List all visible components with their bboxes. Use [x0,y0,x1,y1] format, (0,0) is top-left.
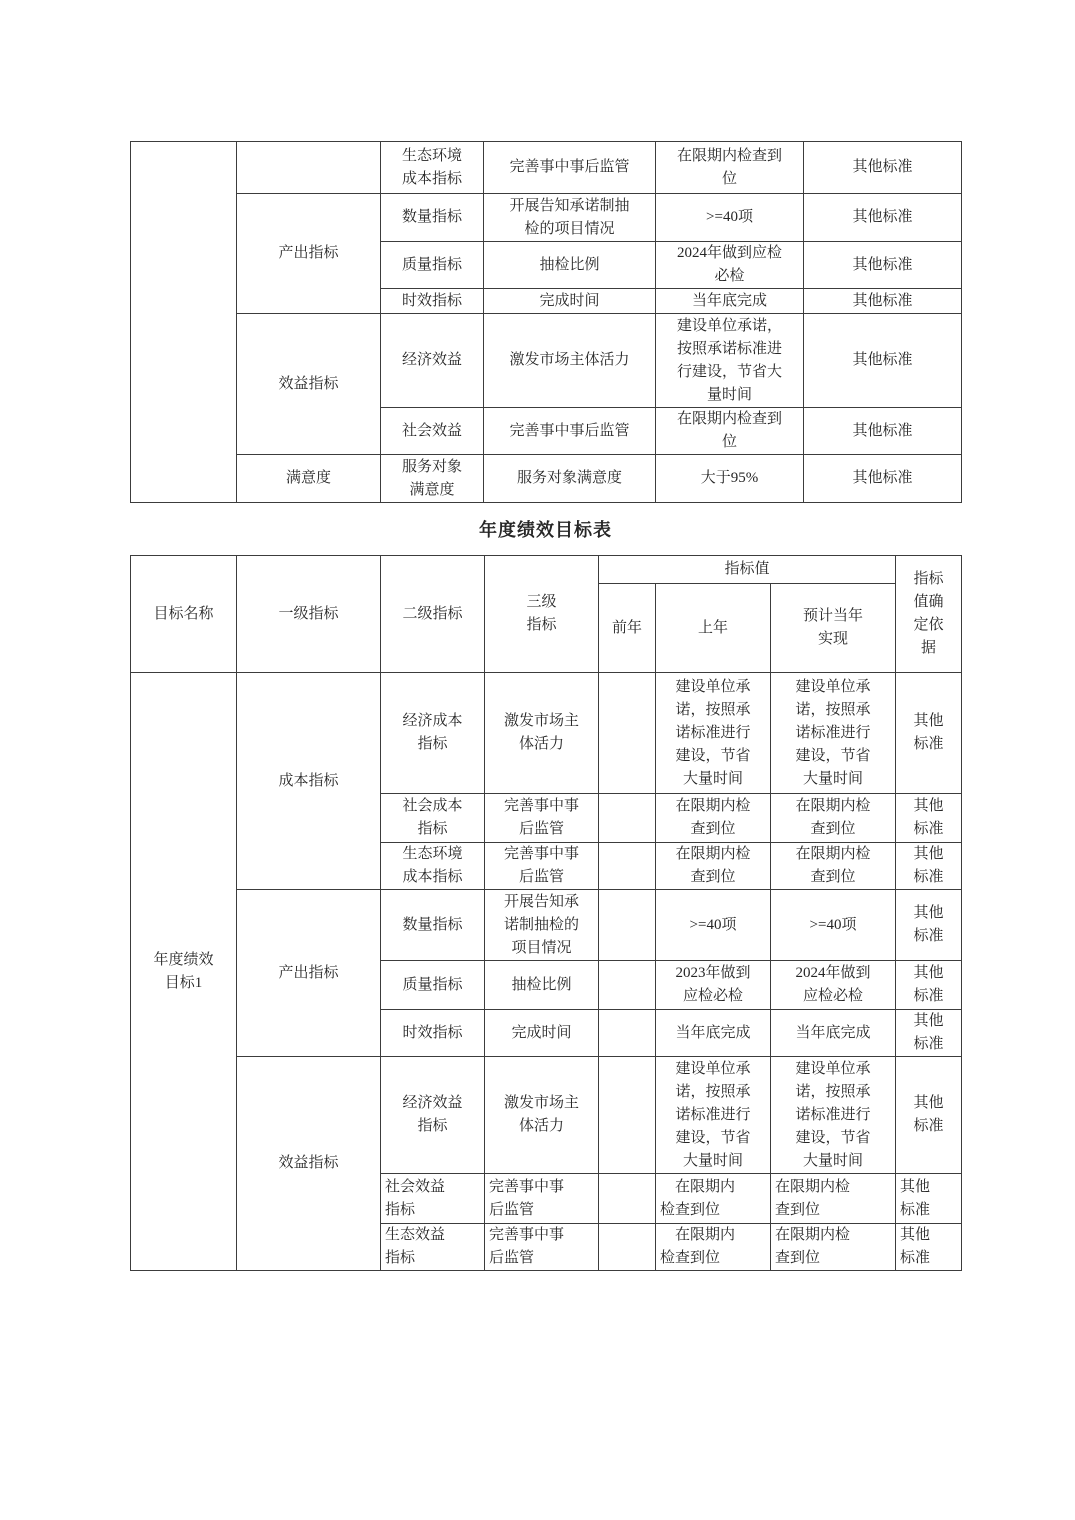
table-row: 目标名称一级指标二级指标三级 指标指标值指标 值确 定依 据 [131,556,962,584]
level2-indicator-cell: 服务对象 满意度 [381,455,484,503]
level2-indicator-cell: 经济成本 指标 [381,673,485,794]
document-content: 生态环境 成本指标完善事中事后监管在限期内检查到 位其他标准产出指标数量指标开展… [130,141,961,1271]
value-basis-cell: 其他 标准 [896,961,962,1010]
value-basis-cell: 其他 标准 [896,1174,962,1224]
value-basis-cell: 其他标准 [804,142,962,194]
last-year-value-cell: 在限期内 检查到位 [656,1174,771,1224]
annual-performance-table-title: 年度绩效目标表 [130,503,961,555]
level3-indicator-cell: 完善事中事 后监管 [485,794,599,843]
table-row: 产出指标数量指标开展告知承诺制抽 检的项目情况>=40项其他标准 [131,194,962,242]
prev-prev-year-value-cell [599,1057,656,1174]
last-year-value-cell: 建设单位承 诺，按照承 诺标准进行 建设，节省 大量时间 [656,1057,771,1174]
prev-prev-year-value-cell [599,1224,656,1271]
table-row: 效益指标经济效益激发市场主体活力建设单位承诺， 按照承诺标准进 行建设，节省大 … [131,314,962,408]
value-basis-cell: 其他 标准 [896,794,962,843]
level2-indicator-cell: 经济效益 指标 [381,1057,485,1174]
prev-prev-year-value-cell [599,1010,656,1057]
value-basis-cell: 其他标准 [804,455,962,503]
level2-indicator-cell: 生态效益 指标 [381,1224,485,1271]
carryover-indicator-table: 生态环境 成本指标完善事中事后监管在限期内检查到 位其他标准产出指标数量指标开展… [130,141,962,503]
annual-performance-table: 目标名称一级指标二级指标三级 指标指标值指标 值确 定依 据前年上年预计当年 实… [130,555,962,1271]
level2-indicator-cell: 经济效益 [381,314,484,408]
level3-indicator-cell: 完善事中事 后监管 [485,1174,599,1224]
header-prev-prev-year: 前年 [599,584,656,673]
value-basis-cell: 其他标准 [804,289,962,314]
level1-indicator-cell: 效益指标 [237,1057,381,1271]
level3-indicator-cell: 抽检比例 [485,961,599,1010]
header-expected-current-year: 预计当年 实现 [771,584,896,673]
level3-indicator-cell: 激发市场主 体活力 [485,673,599,794]
expected-year-value-cell: 建设单位承 诺，按照承 诺标准进行 建设，节省 大量时间 [771,1057,896,1174]
level2-indicator-cell: 时效指标 [381,289,484,314]
level1-indicator-cell: 产出指标 [237,194,381,314]
level2-indicator-cell: 生态环境 成本指标 [381,843,485,890]
header-indicator-value: 指标值 [599,556,896,584]
header-last-year: 上年 [656,584,771,673]
level2-indicator-cell: 数量指标 [381,194,484,242]
level3-indicator-cell: 完善事中事后监管 [484,142,656,194]
level1-indicator-cell: 成本指标 [237,673,381,890]
level2-indicator-cell: 时效指标 [381,1010,485,1057]
level3-indicator-cell: 完善事中事 后监管 [485,843,599,890]
indicator-value-cell: 大于95% [656,455,804,503]
indicator-value-cell: 在限期内检查到 位 [656,408,804,455]
level3-indicator-cell: 开展告知承 诺制抽检的 项目情况 [485,890,599,961]
goal-name-cell: 年度绩效 目标1 [131,673,237,1271]
value-basis-cell: 其他标准 [804,194,962,242]
level2-indicator-cell: 社会成本 指标 [381,794,485,843]
expected-year-value-cell: 在限期内检 查到位 [771,1224,896,1271]
value-basis-cell: 其他标准 [804,408,962,455]
last-year-value-cell: 2023年做到 应检必检 [656,961,771,1010]
level1-indicator-cell: 满意度 [237,455,381,503]
goal-name-cell [131,142,237,503]
expected-year-value-cell: >=40项 [771,890,896,961]
last-year-value-cell: 在限期内检 查到位 [656,843,771,890]
last-year-value-cell: 当年底完成 [656,1010,771,1057]
level2-indicator-cell: 社会效益 指标 [381,1174,485,1224]
prev-prev-year-value-cell [599,1174,656,1224]
value-basis-cell: 其他标准 [804,242,962,289]
expected-year-value-cell: 当年底完成 [771,1010,896,1057]
value-basis-cell: 其他 标准 [896,1010,962,1057]
document-page: 生态环境 成本指标完善事中事后监管在限期内检查到 位其他标准产出指标数量指标开展… [0,0,1075,1520]
prev-prev-year-value-cell [599,794,656,843]
indicator-value-cell: >=40项 [656,194,804,242]
indicator-value-cell: 在限期内检查到 位 [656,142,804,194]
expected-year-value-cell: 在限期内检 查到位 [771,794,896,843]
table-row: 生态环境 成本指标完善事中事后监管在限期内检查到 位其他标准 [131,142,962,194]
level3-indicator-cell: 完成时间 [484,289,656,314]
header-level3-indicator: 三级 指标 [485,556,599,673]
table-row: 年度绩效 目标1成本指标经济成本 指标激发市场主 体活力建设单位承 诺，按照承 … [131,673,962,794]
indicator-value-cell: 建设单位承诺， 按照承诺标准进 行建设，节省大 量时间 [656,314,804,408]
level2-indicator-cell: 质量指标 [381,961,485,1010]
expected-year-value-cell: 2024年做到 应检必检 [771,961,896,1010]
level3-indicator-cell: 开展告知承诺制抽 检的项目情况 [484,194,656,242]
expected-year-value-cell: 建设单位承 诺，按照承 诺标准进行 建设，节省 大量时间 [771,673,896,794]
table-row: 满意度服务对象 满意度服务对象满意度大于95%其他标准 [131,455,962,503]
level3-indicator-cell: 激发市场主 体活力 [485,1057,599,1174]
level3-indicator-cell: 完成时间 [485,1010,599,1057]
table-row: 效益指标经济效益 指标激发市场主 体活力建设单位承 诺，按照承 诺标准进行 建设… [131,1057,962,1174]
level1-indicator-cell: 效益指标 [237,314,381,455]
indicator-value-cell: 2024年做到应检 必检 [656,242,804,289]
level2-indicator-cell: 生态环境 成本指标 [381,142,484,194]
level2-indicator-cell: 质量指标 [381,242,484,289]
last-year-value-cell: 在限期内 检查到位 [656,1224,771,1271]
value-basis-cell: 其他 标准 [896,1224,962,1271]
prev-prev-year-value-cell [599,890,656,961]
last-year-value-cell: 建设单位承 诺，按照承 诺标准进行 建设，节省 大量时间 [656,673,771,794]
value-basis-cell: 其他 标准 [896,890,962,961]
level2-indicator-cell: 社会效益 [381,408,484,455]
table-row: 产出指标数量指标开展告知承 诺制抽检的 项目情况>=40项>=40项其他 标准 [131,890,962,961]
value-basis-cell: 其他 标准 [896,1057,962,1174]
prev-prev-year-value-cell [599,961,656,1010]
prev-prev-year-value-cell [599,843,656,890]
indicator-value-cell: 当年底完成 [656,289,804,314]
header-goal-name: 目标名称 [131,556,237,673]
level1-indicator-cell: 产出指标 [237,890,381,1057]
prev-prev-year-value-cell [599,673,656,794]
value-basis-cell: 其他 标准 [896,673,962,794]
value-basis-cell: 其他 标准 [896,843,962,890]
level2-indicator-cell: 数量指标 [381,890,485,961]
level3-indicator-cell: 激发市场主体活力 [484,314,656,408]
level3-indicator-cell: 抽检比例 [484,242,656,289]
level1-indicator-cell [237,142,381,194]
value-basis-cell: 其他标准 [804,314,962,408]
header-value-basis: 指标 值确 定依 据 [896,556,962,673]
header-level1-indicator: 一级指标 [237,556,381,673]
level3-indicator-cell: 完善事中事后监管 [484,408,656,455]
header-level2-indicator: 二级指标 [381,556,485,673]
last-year-value-cell: >=40项 [656,890,771,961]
level3-indicator-cell: 服务对象满意度 [484,455,656,503]
expected-year-value-cell: 在限期内检 查到位 [771,1174,896,1224]
expected-year-value-cell: 在限期内检 查到位 [771,843,896,890]
level3-indicator-cell: 完善事中事 后监管 [485,1224,599,1271]
last-year-value-cell: 在限期内检 查到位 [656,794,771,843]
